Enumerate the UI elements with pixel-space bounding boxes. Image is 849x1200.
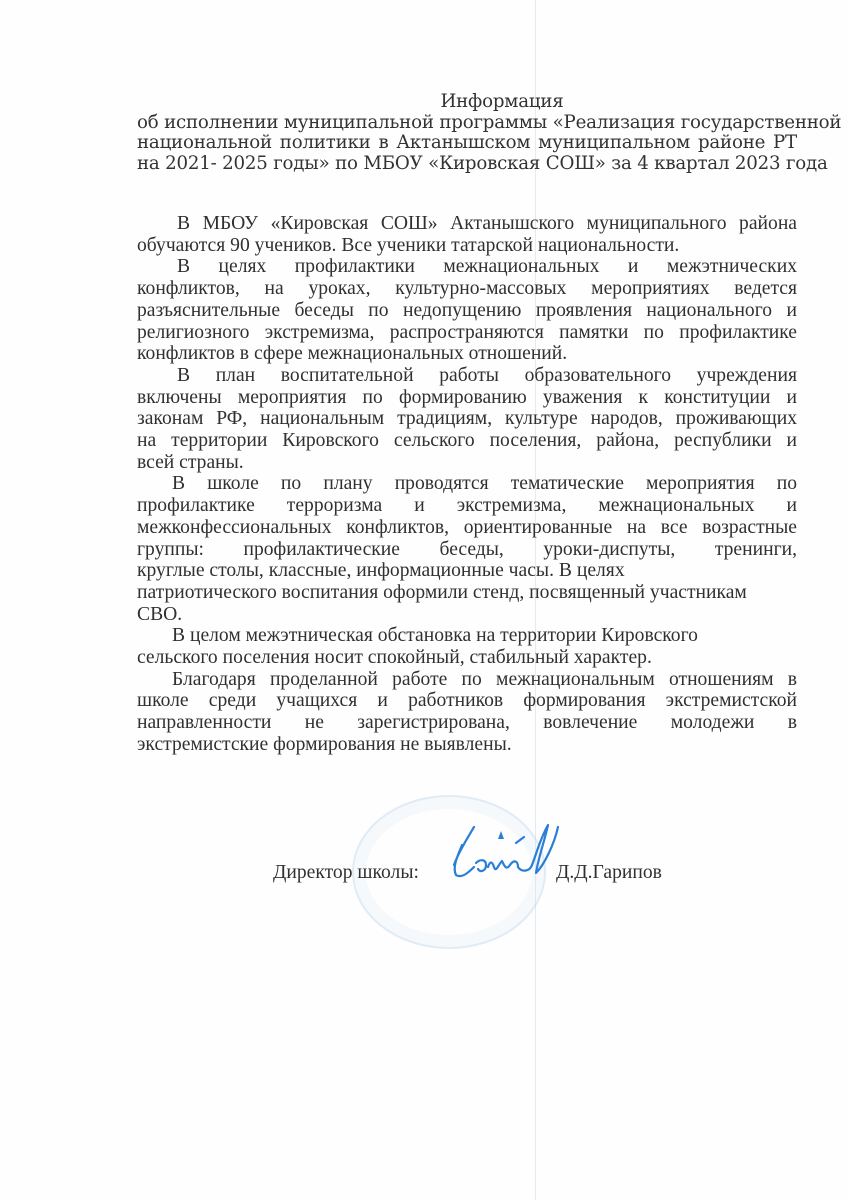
text-line: профилактике терроризма и экстремизма, м…: [137, 495, 797, 517]
text-line: школе среди учащихся и работников формир…: [137, 690, 797, 712]
heading-line: об исполнении муниципальной программы «Р…: [137, 113, 797, 134]
text-line: группы: профилактические беседы, уроки-д…: [137, 539, 797, 561]
text-line: всей страны.: [137, 452, 797, 474]
text-line: межконфессиональных конфликтов, ориентир…: [137, 517, 797, 539]
paragraph-events: В школе по плану проводятся тематические…: [137, 473, 797, 625]
text-line: В план воспитательной работы образовател…: [137, 365, 797, 387]
document-body: В МБОУ «Кировская СОШ» Актанышского муни…: [137, 213, 797, 756]
text-line: В целом межэтническая обстановка на терр…: [137, 625, 797, 647]
text-line: В школе по плану проводятся тематические…: [137, 473, 797, 495]
text-line: Благодаря проделанной работе по межнацио…: [137, 669, 797, 691]
text-line: направленности не зарегистрирована, вовл…: [137, 712, 797, 734]
document-heading: Информация об исполнении муниципальной п…: [137, 92, 797, 174]
text-line: экстремистские формирования не выявлены.: [137, 734, 797, 756]
director-signature: [440, 815, 570, 890]
text-line: СВО.: [137, 604, 797, 626]
heading-line: национальной политики в Актанышском муни…: [137, 133, 797, 154]
text-line: конфликтов в сфере межнациональных отнош…: [137, 343, 797, 365]
text-line: круглые столы, классные, информационные …: [137, 560, 797, 582]
paragraph-situation: В целом межэтническая обстановка на терр…: [137, 625, 797, 668]
text-line: законам РФ, национальным традициям, куль…: [137, 408, 797, 430]
director-label: Директор школы:: [273, 862, 419, 884]
text-line: В целях профилактики межнациональных и м…: [137, 256, 797, 278]
director-name: Д.Д.Гарипов: [556, 862, 662, 884]
paragraph-education-plan: В план воспитательной работы образовател…: [137, 365, 797, 474]
text-line: разъяснительные беседы по недопущению пр…: [137, 300, 797, 322]
document-page: Информация об исполнении муниципальной п…: [0, 0, 849, 1200]
paragraph-conclusion: Благодаря проделанной работе по межнацио…: [137, 669, 797, 756]
text-line: В МБОУ «Кировская СОШ» Актанышского муни…: [137, 213, 797, 235]
paragraph-prevention: В целях профилактики межнациональных и м…: [137, 256, 797, 365]
text-line: религиозного экстремизма, распространяют…: [137, 322, 797, 344]
heading-line: на 2021- 2025 годы» по МБОУ «Кировская С…: [137, 154, 797, 175]
text-line: обучаются 90 учеников. Все ученики татар…: [137, 235, 797, 257]
text-line: сельского поселения носит спокойный, ста…: [137, 647, 797, 669]
text-line: патриотического воспитания оформили стен…: [137, 582, 797, 604]
paragraph-enrollment: В МБОУ «Кировская СОШ» Актанышского муни…: [137, 213, 797, 256]
text-line: конфликтов, на уроках, культурно-массовы…: [137, 278, 797, 300]
text-line: включены мероприятия по формированию ува…: [137, 387, 797, 409]
text-line: на территории Кировского сельского посел…: [137, 430, 797, 452]
document-title: Информация: [137, 92, 797, 113]
